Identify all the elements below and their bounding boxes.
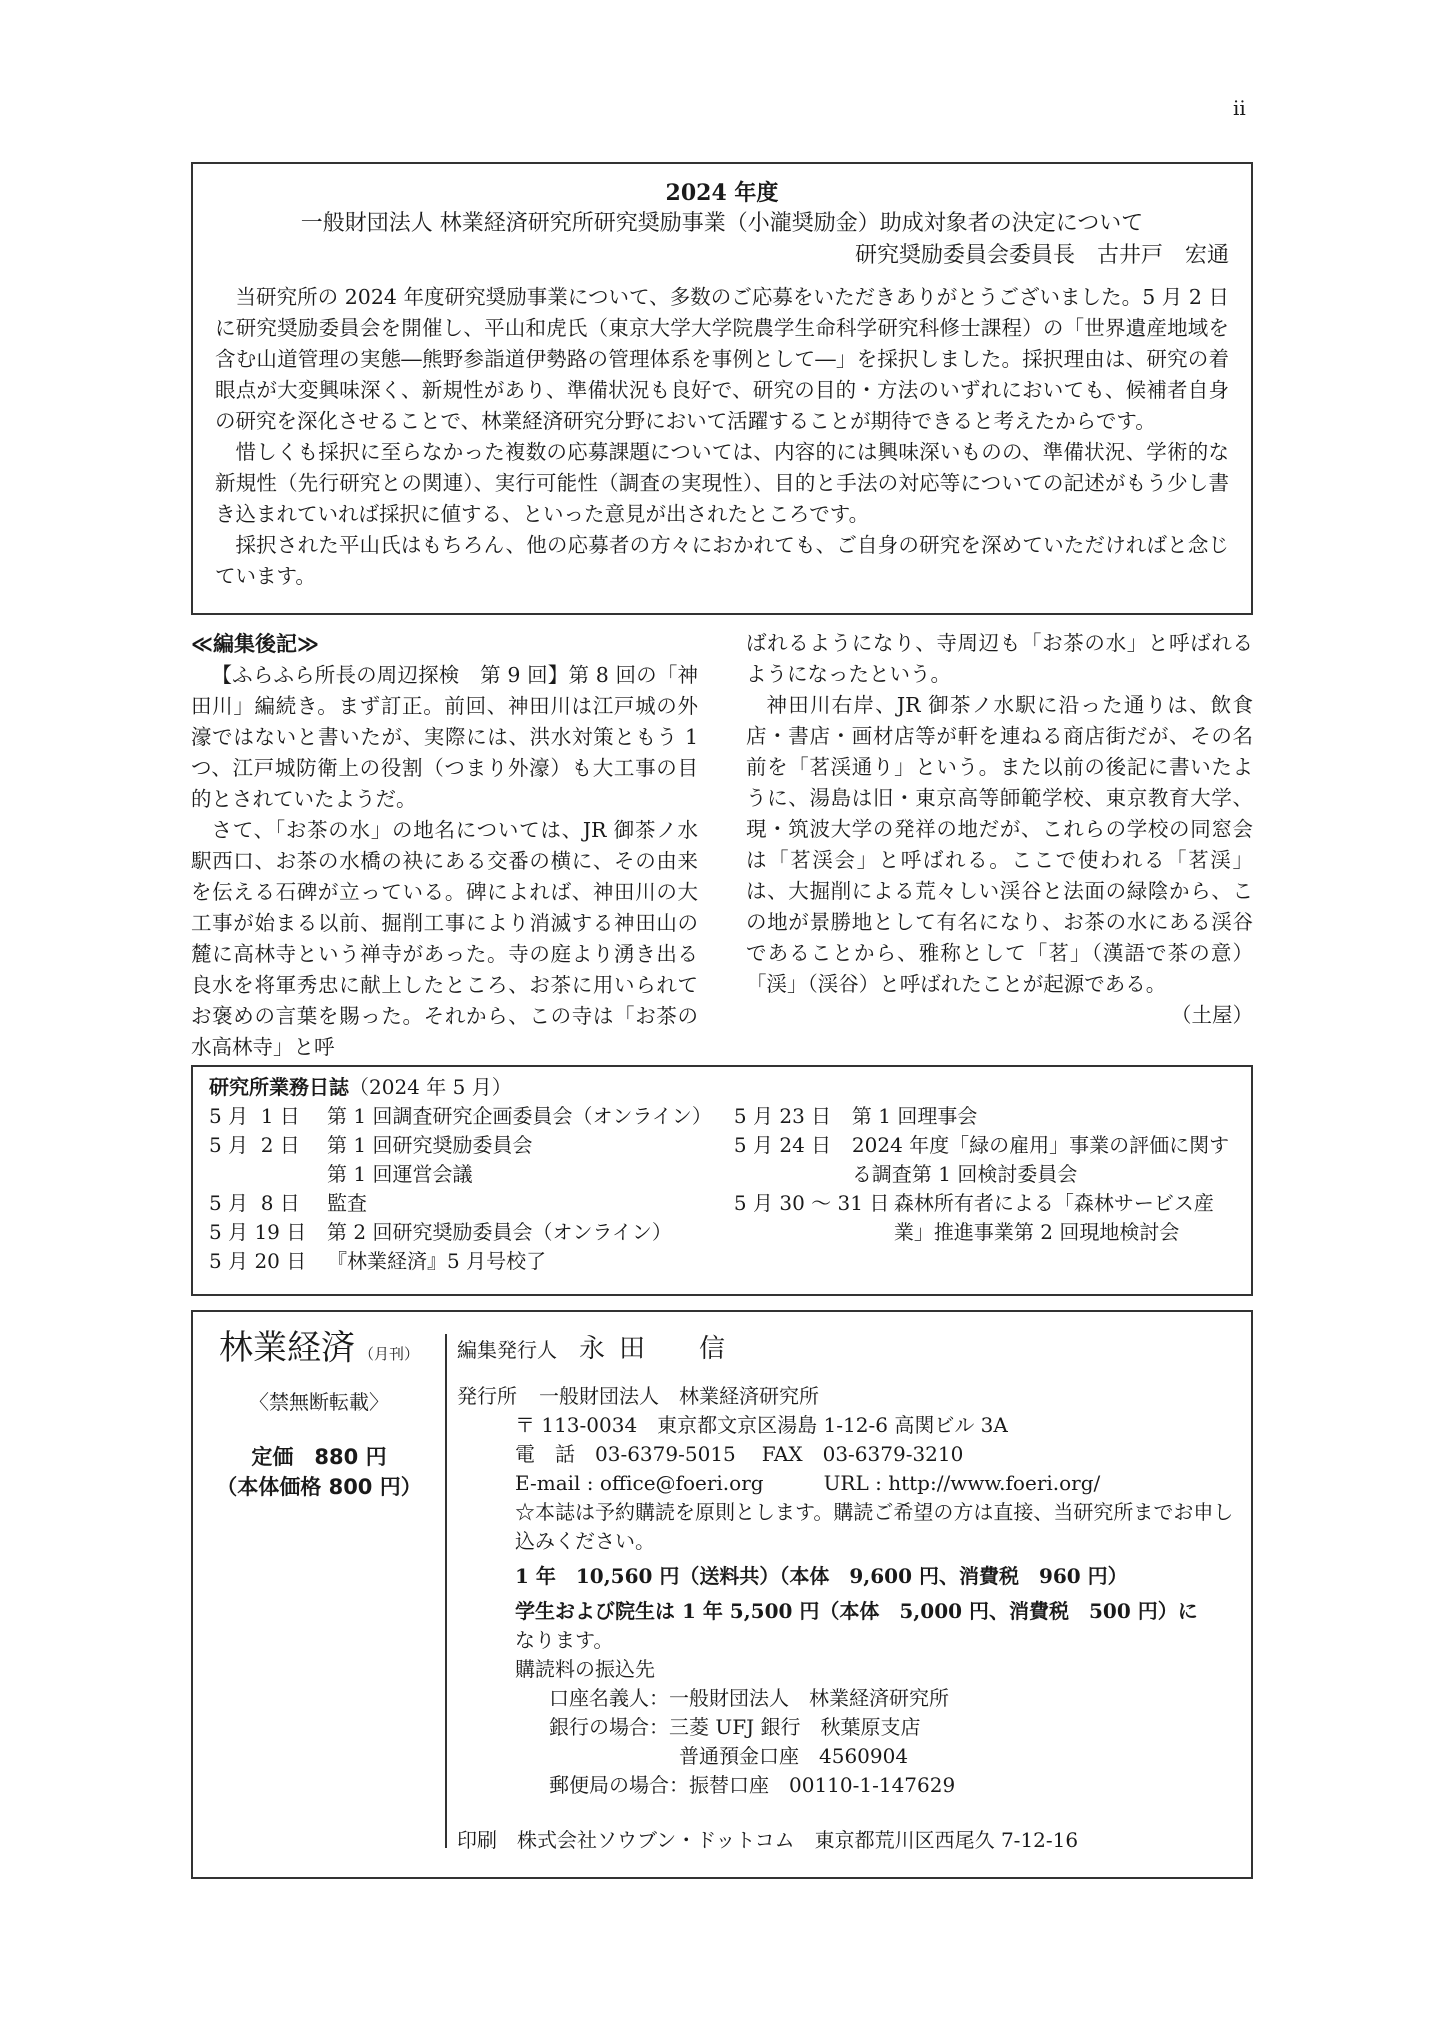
log-entry: 5 月 30 ～ 31 日森林所有者による「森林サービス産業」推進事業第 2 回… [734,1189,1239,1247]
log-desc: 第 2 回研究奨励委員会（オンライン） [327,1218,734,1247]
postal-account: 郵便局の場合：振替口座 00110-1-147629 [457,1771,1237,1800]
log-date: 5 月 2 日 [209,1131,327,1160]
log-desc: 2024 年度「緑の雇用」事業の評価に関する調査第 1 回検討委員会 [852,1131,1239,1189]
publisher-line: 発行所一般財団法人 林業経済研究所 [457,1381,1237,1411]
editor-notes-left-column: 【ふらふら所長の周辺探検 第 9 回】第 8 回の「神田川」編続き。まず訂正。前… [191,660,698,1063]
notes-paragraph: 神田川右岸、JR 御茶ノ水駅に沿った通りは、飲食店・書店・画材店等が軒を連ねる商… [746,690,1253,1000]
colophon-divider [445,1334,447,1848]
editor-name: 永田 信 [579,1334,739,1364]
page-number: ii [1233,96,1246,120]
printer-info: 印刷 株式会社ソウブン・ドットコム 東京都荒川区西尾久 7-12-16 [457,1826,1237,1855]
colophon-details: 編集発行人永田 信 発行所一般財団法人 林業経済研究所 〒 113-0034 東… [457,1312,1237,1855]
award-paragraph: 惜しくも採択に至らなかった複数の応募課題については、内容的には興味深いものの、準… [215,437,1229,530]
magazine-title: 林業経済（月刊） [193,1326,445,1376]
business-log-left: 5 月 1 日第 1 回調査研究企画委員会（オンライン） 5 月 2 日第 1 … [209,1102,734,1276]
contact-email-url: E-mail : office@foeri.orgURL : http://ww… [457,1469,1237,1498]
student-fee-tail: なります。 [457,1626,1237,1655]
bank-account: 普通預金口座 4560904 [457,1742,1237,1771]
log-desc: 第 1 回調査研究企画委員会（オンライン） [327,1102,734,1131]
log-date: 5 月 30 ～ 31 日 [734,1189,894,1247]
award-year: 2024 年度 [215,178,1229,208]
email-link[interactable]: office@foeri.org [600,1471,764,1495]
notes-signature: （土屋） [1151,1000,1254,1031]
log-entry: 5 月 19 日第 2 回研究奨励委員会（オンライン） [209,1218,734,1247]
email-label: E-mail : [515,1471,594,1495]
price: 定価 880 円 [193,1442,445,1472]
log-desc: 第 1 回運営会議 [327,1160,734,1189]
no-reprint-notice: 〈禁無断転載〉 [193,1382,445,1422]
log-date: 5 月 24 日 [734,1131,852,1189]
price-base: （本体価格 800 円） [193,1472,445,1502]
log-entry: 5 月 20 日『林業経済』5 月号校了 [209,1247,734,1276]
url-link[interactable]: http://www.foeri.org/ [888,1471,1100,1495]
editor-notes-right-column: ばれるようになり、寺周辺も「お茶の水」と呼ばれるようになったという。 神田川右岸… [746,628,1253,1063]
business-log-heading: 研究所業務日誌 [209,1075,349,1099]
log-entry: 5 月 23 日第 1 回理事会 [734,1102,1239,1131]
award-paragraph: 当研究所の 2024 年度研究奨励事業について、多数のご応募をいただきありがとう… [215,282,1229,437]
award-author: 研究奨励委員会委員長 古井戸 宏通 [215,240,1229,272]
log-date [209,1160,327,1189]
log-entry: 第 1 回運営会議 [209,1160,734,1189]
business-log-box: 研究所業務日誌（2024 年 5 月） 5 月 1 日第 1 回調査研究企画委員… [191,1065,1253,1296]
award-title: 一般財団法人 林業経済研究所研究奨励事業（小瀧奨励金）助成対象者の決定について [215,208,1229,240]
log-entry: 5 月 8 日監査 [209,1189,734,1218]
log-entry: 5 月 1 日第 1 回調査研究企画委員会（オンライン） [209,1102,734,1131]
log-desc: 監査 [327,1189,734,1218]
business-log-title: 研究所業務日誌（2024 年 5 月） [209,1073,1239,1102]
log-desc: 第 1 回理事会 [852,1102,1239,1131]
award-paragraph: 採択された平山氏はもちろん、他の応募者の方々におかれても、ご自身の研究を深めてい… [215,530,1229,592]
editor-line: 編集発行人永田 信 [457,1332,1237,1367]
account-holder: 口座名義人：一般財団法人 林業経済研究所 [457,1684,1237,1713]
log-date: 5 月 19 日 [209,1218,327,1247]
log-date: 5 月 23 日 [734,1102,852,1131]
annual-fee: 1 年 10,560 円（送料共）（本体 9,600 円、消費税 960 円） [457,1562,1237,1591]
log-entry: 5 月 24 日2024 年度「緑の雇用」事業の評価に関する調査第 1 回検討委… [734,1131,1239,1189]
log-desc: 森林所有者による「森林サービス産業」推進事業第 2 回現地検討会 [894,1189,1239,1247]
contact-phone-fax: 電 話 03-6379-5015FAX 03-6379-3210 [457,1440,1237,1469]
log-desc: 第 1 回研究奨励委員会 [327,1131,734,1160]
notes-paragraph: さて、「お茶の水」の地名については、JR 御茶ノ水駅西口、お茶の水橋の袂にある交… [191,815,698,1063]
log-date: 5 月 8 日 [209,1189,327,1218]
student-fee: 学生および院生は 1 年 5,500 円（本体 5,000 円、消費税 500 … [457,1597,1237,1626]
notes-paragraph-continuation: ばれるようになり、寺周辺も「お茶の水」と呼ばれるようになったという。 [746,628,1253,690]
award-notice-box: 2024 年度 一般財団法人 林業経済研究所研究奨励事業（小瀧奨励金）助成対象者… [191,162,1253,615]
payment-heading: 購読料の振込先 [457,1655,1237,1684]
magazine-title-text: 林業経済 [219,1328,355,1368]
log-date: 5 月 20 日 [209,1247,327,1276]
log-desc: 『林業経済』5 月号校了 [327,1247,734,1276]
editor-label: 編集発行人 [457,1338,557,1362]
publisher-name: 一般財団法人 林業経済研究所 [539,1384,819,1408]
log-date: 5 月 1 日 [209,1102,327,1131]
colophon-masthead: 林業経済（月刊） 〈禁無断転載〉 定価 880 円 （本体価格 800 円） [193,1312,445,1502]
log-entry: 5 月 2 日第 1 回研究奨励委員会 [209,1131,734,1160]
phone-number: 03-6379-5015 [595,1442,736,1466]
publisher-label: 発行所 [457,1384,517,1408]
fax-number: 03-6379-3210 [823,1442,964,1466]
business-log-period: （2024 年 5 月） [349,1075,512,1099]
notes-paragraph-text: 神田川右岸、JR 御茶ノ水駅に沿った通りは、飲食店・書店・画材店等が軒を連ねる商… [746,693,1253,996]
editor-notes: ≪編集後記≫ 【ふらふら所長の周辺探検 第 9 回】第 8 回の「神田川」編続き… [191,628,1253,1058]
bank-info: 銀行の場合：三菱 UFJ 銀行 秋葉原支店 [457,1713,1237,1742]
phone-label: 電 話 [515,1442,575,1466]
business-log-right: 5 月 23 日第 1 回理事会 5 月 24 日2024 年度「緑の雇用」事業… [734,1102,1239,1276]
magazine-frequency: （月刊） [359,1345,419,1363]
subscription-note: ☆本誌は予約購読を原則とします。購読ご希望の方は直接、当研究所までお申し込みくだ… [457,1498,1237,1556]
address: 〒 113-0034 東京都文京区湯島 1-12-6 高関ビル 3A [457,1411,1237,1440]
notes-paragraph: 【ふらふら所長の周辺探検 第 9 回】第 8 回の「神田川」編続き。まず訂正。前… [191,660,698,815]
colophon-box: 林業経済（月刊） 〈禁無断転載〉 定価 880 円 （本体価格 800 円） 編… [191,1310,1253,1879]
url-label: URL : [824,1471,882,1495]
fax-label: FAX [762,1442,803,1466]
